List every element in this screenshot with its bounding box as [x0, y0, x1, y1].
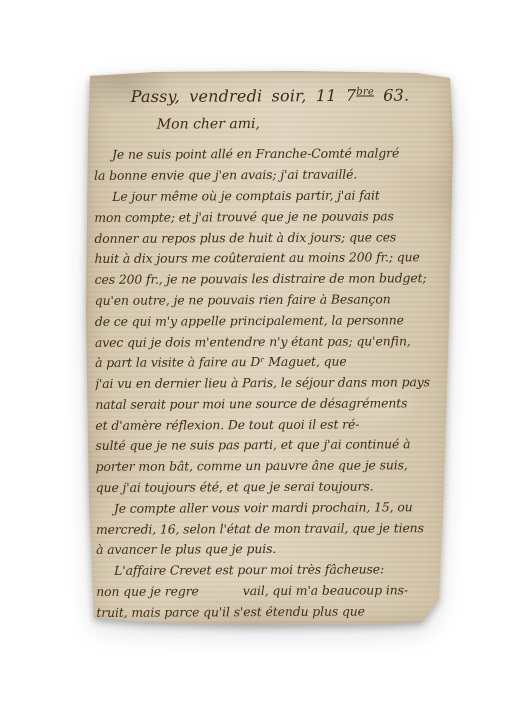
- photo-background: Passy, vendredi soir, 11 7bre 63. Mon ch…: [0, 0, 530, 705]
- manuscript-line: natal serait pour moi une source de désa…: [95, 393, 448, 416]
- manuscript-line: Je compte aller vous voir mardi prochain…: [96, 497, 449, 520]
- dateline-place-date: Passy, vendredi soir, 11 7: [131, 86, 357, 106]
- manuscript-line: la bonne envie que j'en avais; j'ai trav…: [94, 164, 447, 187]
- manuscript-line: de ce qui m'y appelle principalement, la…: [95, 310, 448, 333]
- manuscript-line: à avancer le plus que je puis.: [96, 539, 449, 562]
- manuscript-line-segment: vail, qui m'a beaucoup ins-: [243, 582, 408, 598]
- salutation: Mon cher ami,: [157, 113, 453, 135]
- manuscript-line: avec qui je dois m'entendre n'y étant pa…: [95, 331, 448, 354]
- dateline: Passy, vendredi soir, 11 7bre 63.: [131, 81, 453, 108]
- dateline-superscript: bre: [356, 86, 374, 97]
- manuscript-line: sulté que je ne suis pas parti, et que j…: [95, 435, 448, 458]
- manuscript-line: L'affaire Crevet est pour moi très fâche…: [96, 559, 449, 582]
- manuscript-line: porter mon bât, comme un pauvre âne que …: [96, 455, 449, 478]
- manuscript-line: Le jour même où je comptais partir, j'ai…: [94, 185, 447, 208]
- manuscript-line: truit, mais parce qu'il s'est étendu plu…: [96, 601, 449, 624]
- manuscript-line: j'ai vu en dernier lieu à Paris, le séjo…: [95, 372, 448, 395]
- letter-paper: Passy, vendredi soir, 11 7bre 63. Mon ch…: [86, 71, 454, 625]
- manuscript-line: mon compte; et j'ai trouvé que je ne pou…: [94, 206, 447, 229]
- manuscript-line: donner au repos plus de huit à dix jours…: [94, 227, 447, 250]
- manuscript-line: ces 200 fr., je ne pouvais les distraire…: [95, 268, 448, 291]
- manuscript-line: et d'amère réflexion. De tout quoi il es…: [95, 414, 448, 437]
- manuscript-line-segment: non que je regre: [96, 583, 199, 599]
- manuscript-line: que j'ai toujours été, et que je serai t…: [96, 476, 449, 499]
- manuscript-line: mercredi, 16, selon l'état de mon travai…: [96, 518, 449, 541]
- manuscript-line: qu'en outre, je ne pouvais rien faire à …: [95, 289, 448, 312]
- letter-content: Passy, vendredi soir, 11 7bre 63. Mon ch…: [85, 70, 456, 626]
- dateline-year: 63.: [374, 86, 409, 105]
- manuscript-line: huit à dix jours me coûteraient au moins…: [94, 247, 447, 270]
- letter-paper-shadow: Passy, vendredi soir, 11 7bre 63. Mon ch…: [86, 71, 454, 625]
- manuscript-line: Je ne suis point allé en Franche-Comté m…: [94, 143, 447, 166]
- letter-body: Je ne suis point allé en Franche-Comté m…: [94, 143, 449, 623]
- manuscript-line: à part la visite à faire au Dʳ Maguet, q…: [95, 351, 448, 374]
- manuscript-line: non que je regrevail, qui m'a beaucoup i…: [96, 580, 449, 603]
